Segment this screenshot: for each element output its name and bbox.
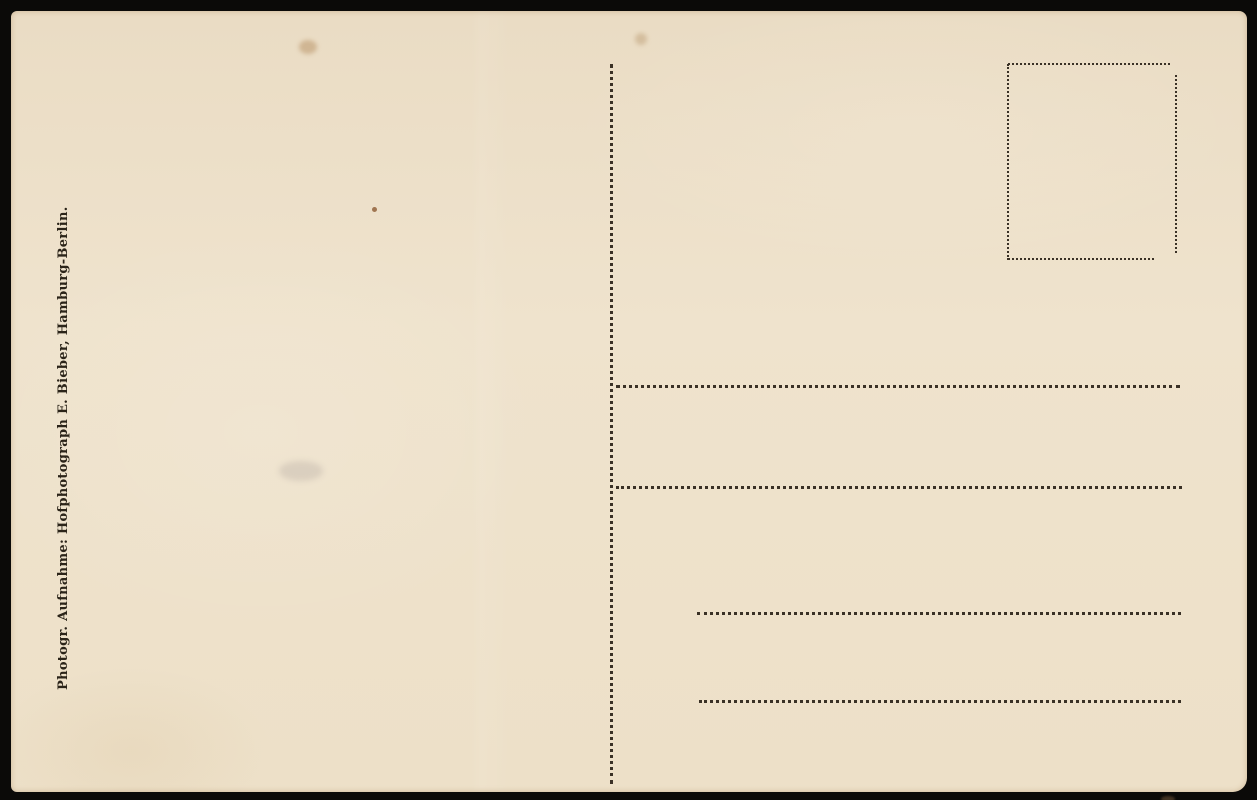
- stamp-box-left-edge: [1007, 64, 1009, 260]
- stain-spot: [635, 33, 647, 45]
- stamp-box-top-edge: [1008, 63, 1170, 65]
- stain-spot: [279, 461, 323, 481]
- address-line-4: [699, 700, 1181, 703]
- stamp-box-right-edge: [1175, 75, 1177, 253]
- stain-spot: [1161, 796, 1175, 800]
- postcard-back: [11, 11, 1247, 792]
- address-line-1: [616, 385, 1180, 388]
- address-line-3: [697, 612, 1181, 615]
- stamp-box-bottom-edge: [1008, 258, 1154, 260]
- stain-spot: [372, 207, 377, 212]
- photographer-credit: Photogr. Aufnahme: Hofphotograph E. Bieb…: [57, 206, 70, 690]
- center-divider: [610, 64, 613, 784]
- stain-spot: [299, 40, 317, 54]
- address-line-2: [616, 486, 1182, 489]
